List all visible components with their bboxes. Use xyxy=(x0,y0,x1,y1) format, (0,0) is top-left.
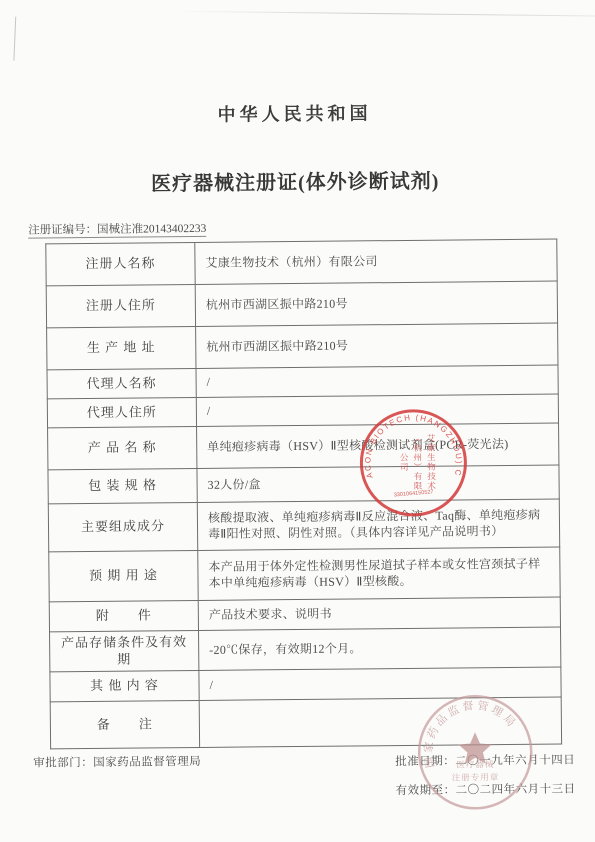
row-label: 其 他 内 容 xyxy=(50,670,199,701)
row-label: 注册人住所 xyxy=(46,284,195,327)
row-label: 预 期 用 途 xyxy=(49,550,198,601)
row-value: 杭州市西湖区振中路210号 xyxy=(195,281,557,326)
row-value: / xyxy=(196,394,558,426)
table-row: 主要组成成分 核酸提取液、单纯疱疹病毒Ⅱ反应混合液、Taq酶、单纯疱疹病毒Ⅱ阳性… xyxy=(48,499,559,552)
country-title: 中华人民共和国 xyxy=(0,97,592,129)
row-label: 附 件 xyxy=(49,600,198,631)
scan-artifact-line xyxy=(176,11,595,17)
row-value: 核酸提取液、单纯疱疹病毒Ⅱ反应混合液、Taq酶、单纯疱疹病毒Ⅱ阳性对照、阴性对照… xyxy=(197,499,559,550)
row-value: 艾康生物技术（杭州）有限公司 xyxy=(195,239,557,284)
registration-number-label: 注册证编号： xyxy=(28,224,97,237)
row-value: 32人份/盒 xyxy=(197,465,559,502)
scan-artifact-mark xyxy=(13,17,16,61)
table-row: 附 件 产品技术要求、说明书 xyxy=(49,597,560,632)
table-row: 注册人住所 杭州市西湖区振中路210号 xyxy=(46,281,557,328)
approval-date: 批准日期：二〇一九年六月十四日 xyxy=(395,746,575,776)
row-value: 本产品用于体外定性检测男性尿道拭子样本或女性宫颈拭子样本中单纯疱疹病毒（HSV）… xyxy=(198,547,560,600)
row-label: 注册人名称 xyxy=(46,242,195,285)
scanned-certificate-page: 中华人民共和国 医疗器械注册证(体外诊断试剂) 注册证编号：国械注准201434… xyxy=(0,0,595,842)
row-label: 产品存储条件及有效期 xyxy=(50,630,199,671)
valid-until-date: 有效期至：二〇二四年六月十三日 xyxy=(395,775,575,805)
row-value: -20℃保存，有效期12个月。 xyxy=(199,627,561,670)
table-row: 生 产 地 址 杭州市西湖区振中路210号 xyxy=(47,323,558,370)
row-value: 产品技术要求、说明书 xyxy=(198,597,560,630)
table-row: 预 期 用 途 本产品用于体外定性检测男性尿道拭子样本或女性宫颈拭子样本中单纯疱… xyxy=(49,547,560,602)
row-value: 杭州市西湖区振中路210号 xyxy=(196,323,558,368)
row-label: 包 装 规 格 xyxy=(48,468,197,503)
approval-department: 审批部门：国家药品监督管理局 xyxy=(33,753,201,771)
table-row: 产 品 名 称 单纯疱疹病毒（HSV）Ⅱ型核酸检测试剂盒(PCR-荧光法) xyxy=(48,423,559,470)
row-label: 生 产 地 址 xyxy=(47,326,196,369)
row-label: 代理人住所 xyxy=(47,397,196,427)
table-row: 产品存储条件及有效期 -20℃保存，有效期12个月。 xyxy=(50,627,561,672)
row-label: 备 注 xyxy=(50,700,199,748)
row-label: 代理人名称 xyxy=(47,368,196,398)
certificate-title: 医疗器械注册证(体外诊断试剂) xyxy=(0,163,593,198)
table-row: 其 他 内 容 / xyxy=(50,667,561,702)
registration-number-line: 注册证编号：国械注准20143402233 xyxy=(28,220,206,238)
table-row: 包 装 规 格 32人份/盒 xyxy=(48,465,559,504)
certificate-table: 注册人名称 艾康生物技术（杭州）有限公司 注册人住所 杭州市西湖区振中路210号… xyxy=(45,238,562,749)
row-value: 单纯疱疹病毒（HSV）Ⅱ型核酸检测试剂盒(PCR-荧光法) xyxy=(197,423,559,468)
approval-dates: 批准日期：二〇一九年六月十四日 有效期至：二〇二四年六月十三日 xyxy=(395,746,576,805)
row-value: / xyxy=(196,365,558,397)
row-value xyxy=(199,697,561,747)
row-value: / xyxy=(199,667,561,700)
row-label: 产 品 名 称 xyxy=(48,426,197,469)
row-label: 主要组成成分 xyxy=(48,502,197,551)
table-row: 注册人名称 艾康生物技术（杭州）有限公司 xyxy=(46,239,557,286)
registration-number: 国械注准20143402233 xyxy=(97,223,206,236)
table-row: 备 注 xyxy=(50,697,561,749)
